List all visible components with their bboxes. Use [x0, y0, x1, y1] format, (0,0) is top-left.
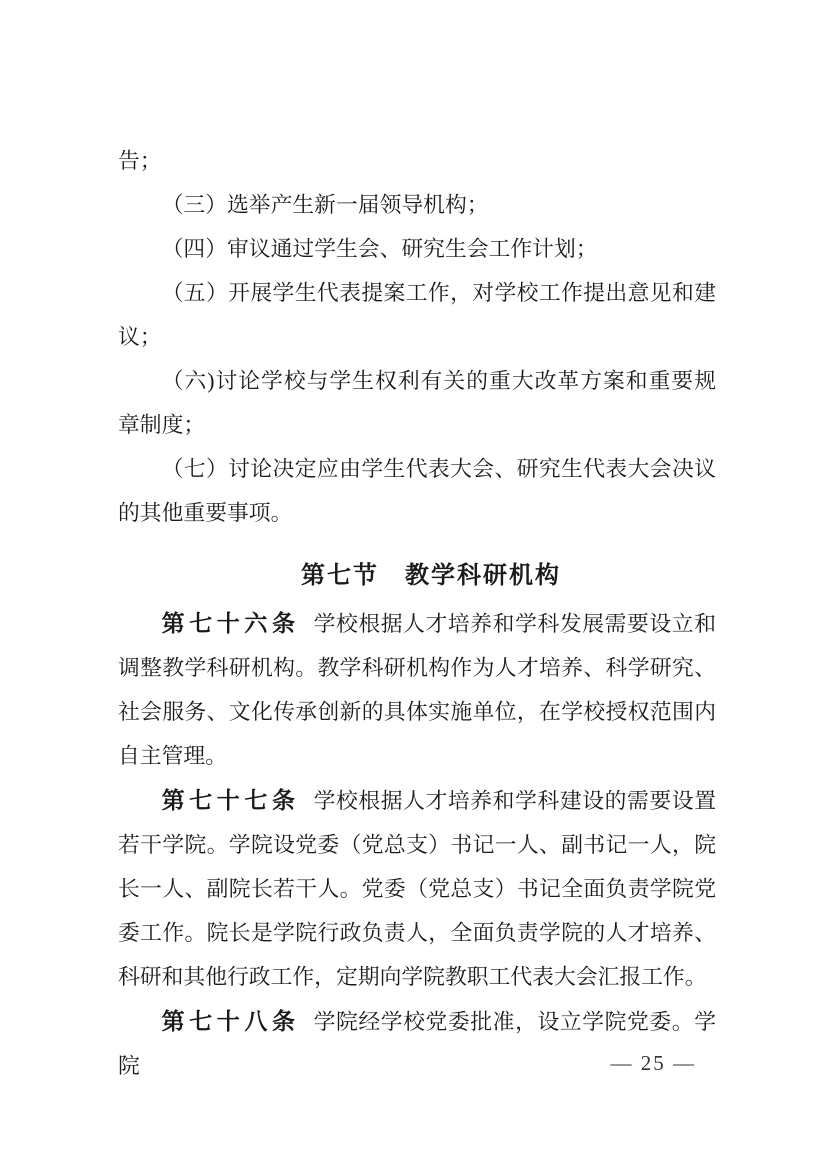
text-line: 委工作。院长是学院行政负责人，全面负责学院的人才培养、 — [118, 911, 716, 955]
text-line: 若干学院。学院设党委（党总支）书记一人、副书记一人，院 — [118, 823, 716, 867]
paragraph: （三）选举产生新一届领导机构； — [118, 183, 716, 227]
text-line: （四）审议通过学生会、研究生会工作计划； — [118, 227, 716, 271]
article-number: 第七十六条 — [162, 610, 300, 636]
text-line: 第七十六条学校根据人才培养和学科发展需要设立和 — [118, 601, 716, 646]
paragraph: （五）开展学生代表提案工作，对学校工作提出意见和建议； — [118, 271, 716, 359]
paragraph: 告； — [118, 139, 716, 183]
text-line: 科研和其他行政工作，定期向学院教职工代表大会汇报工作。 — [118, 955, 716, 999]
text-line: 第七十七条学校根据人才培养和学科建设的需要设置 — [118, 778, 716, 823]
paragraph: 第七十七条学校根据人才培养和学科建设的需要设置若干学院。学院设党委（党总支）书记… — [118, 778, 716, 999]
text-line: 调整教学科研机构。教学科研机构作为人才培养、科学研究、 — [118, 646, 716, 690]
text-line: 的其他重要事项。 — [118, 491, 716, 535]
text-line: （五）开展学生代表提案工作，对学校工作提出意见和建 — [118, 271, 716, 315]
text-line: （七）讨论决定应由学生代表大会、研究生代表大会决议 — [118, 447, 716, 491]
text-line: 社会服务、文化传承创新的具体实施单位，在学校授权范围内 — [118, 690, 716, 734]
text-line: （六)讨论学校与学生权利有关的重大改革方案和重要规 — [118, 359, 716, 403]
paragraph: （四）审议通过学生会、研究生会工作计划； — [118, 227, 716, 271]
text-line: 自主管理。 — [118, 734, 716, 778]
text-line: 议； — [118, 315, 716, 359]
article-number: 第七十八条 — [162, 1008, 300, 1034]
document-page: 告；（三）选举产生新一届领导机构；（四）审议通过学生会、研究生会工作计划；（五）… — [0, 0, 826, 1169]
text-line: 告； — [118, 139, 716, 183]
text-line: 章制度； — [118, 403, 716, 447]
paragraph: 第七十六条学校根据人才培养和学科发展需要设立和调整教学科研机构。教学科研机构作为… — [118, 601, 716, 778]
page-number: — 25 — — [611, 1051, 697, 1076]
paragraph: （六)讨论学校与学生权利有关的重大改革方案和重要规章制度； — [118, 359, 716, 447]
article-number: 第七十七条 — [162, 787, 300, 813]
text-line: （三）选举产生新一届领导机构； — [118, 183, 716, 227]
section-heading: 第七节 教学科研机构 — [132, 554, 730, 598]
paragraph: （七）讨论决定应由学生代表大会、研究生代表大会决议的其他重要事项。 — [118, 447, 716, 535]
text-line: 长一人、副院长若干人。党委（党总支）书记全面负责学院党 — [118, 867, 716, 911]
document-body: 告；（三）选举产生新一届领导机构；（四）审议通过学生会、研究生会工作计划；（五）… — [118, 139, 716, 1088]
